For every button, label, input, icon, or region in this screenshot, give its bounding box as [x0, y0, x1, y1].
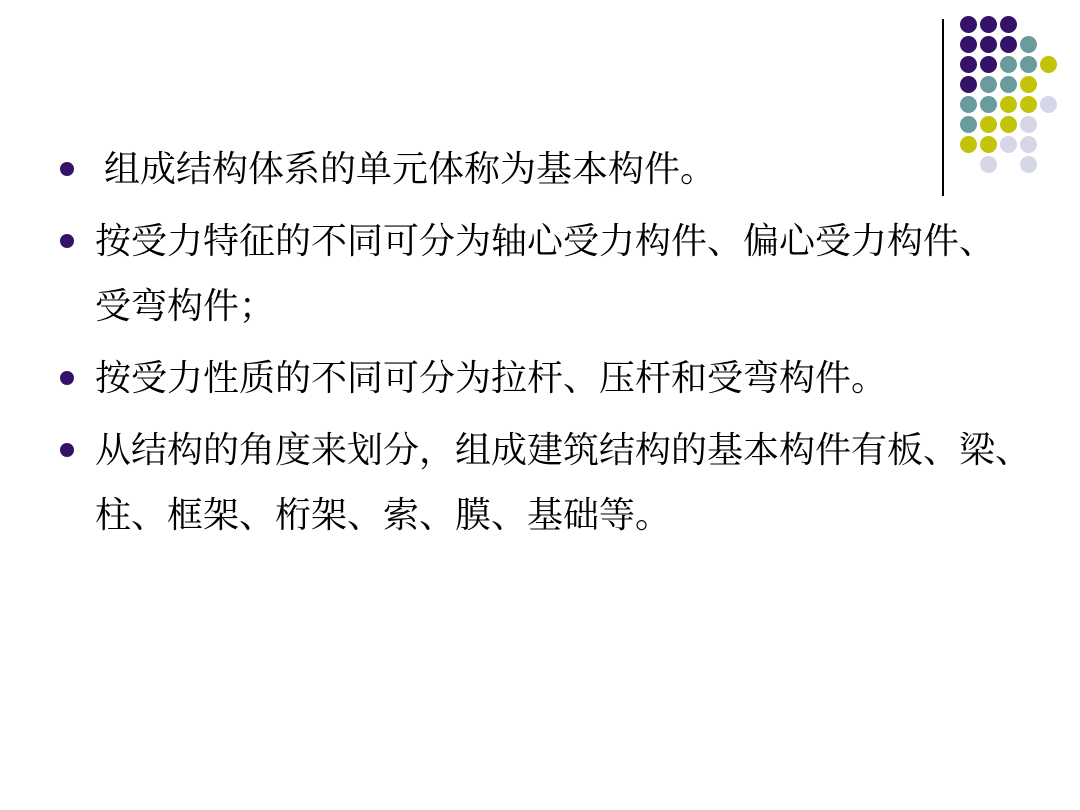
bullet-item: 组成结构体系的单元体称为基本构件。 [60, 137, 1045, 202]
deco-dot [1040, 56, 1057, 73]
bullet-icon [60, 234, 74, 248]
deco-dot [1020, 116, 1037, 133]
bullet-text: 柱、框架、桁架、索、膜、基础等。 [95, 483, 1045, 548]
slide: 组成结构体系的单元体称为基本构件。 按受力特征的不同可分为轴心受力构件、偏心受力… [0, 0, 1080, 810]
deco-dot [980, 56, 997, 73]
deco-dot [980, 36, 997, 53]
bullet-text: 受弯构件； [95, 274, 1045, 339]
deco-dot [1000, 36, 1017, 53]
deco-dot [1000, 116, 1017, 133]
deco-dot [1000, 76, 1017, 93]
bullet-text: 按受力特征的不同可分为轴心受力构件、偏心受力构件、 [95, 209, 1045, 274]
deco-dot [960, 76, 977, 93]
deco-dot [980, 76, 997, 93]
bullet-item: 按受力特征的不同可分为轴心受力构件、偏心受力构件、 受弯构件； [60, 209, 1045, 339]
deco-dot [980, 116, 997, 133]
deco-dot [960, 96, 977, 113]
deco-dot [1000, 56, 1017, 73]
deco-dot [1000, 16, 1017, 33]
bullet-text: 组成结构体系的单元体称为基本构件。 [95, 137, 1045, 202]
deco-dot [1000, 96, 1017, 113]
deco-dot [1040, 96, 1057, 113]
bullet-icon [60, 371, 74, 385]
deco-dot [960, 36, 977, 53]
deco-dot [960, 16, 977, 33]
bullet-item: 从结构的角度来划分，组成建筑结构的基本构件有板、梁、 柱、框架、桁架、索、膜、基… [60, 418, 1045, 548]
deco-dot [1020, 76, 1037, 93]
bullet-icon [60, 162, 74, 176]
bullet-item: 按受力性质的不同可分为拉杆、压杆和受弯构件。 [60, 346, 1045, 411]
deco-dot [1020, 96, 1037, 113]
bullet-text: 按受力性质的不同可分为拉杆、压杆和受弯构件。 [95, 346, 1045, 411]
deco-dot [980, 96, 997, 113]
deco-dot [1020, 56, 1037, 73]
deco-dot [1020, 36, 1037, 53]
deco-dot [980, 16, 997, 33]
bullet-text: 从结构的角度来划分，组成建筑结构的基本构件有板、梁、 [95, 418, 1045, 483]
bullet-list: 组成结构体系的单元体称为基本构件。 按受力特征的不同可分为轴心受力构件、偏心受力… [60, 137, 1045, 555]
deco-dot [960, 116, 977, 133]
deco-dot [960, 56, 977, 73]
bullet-icon [60, 443, 74, 457]
